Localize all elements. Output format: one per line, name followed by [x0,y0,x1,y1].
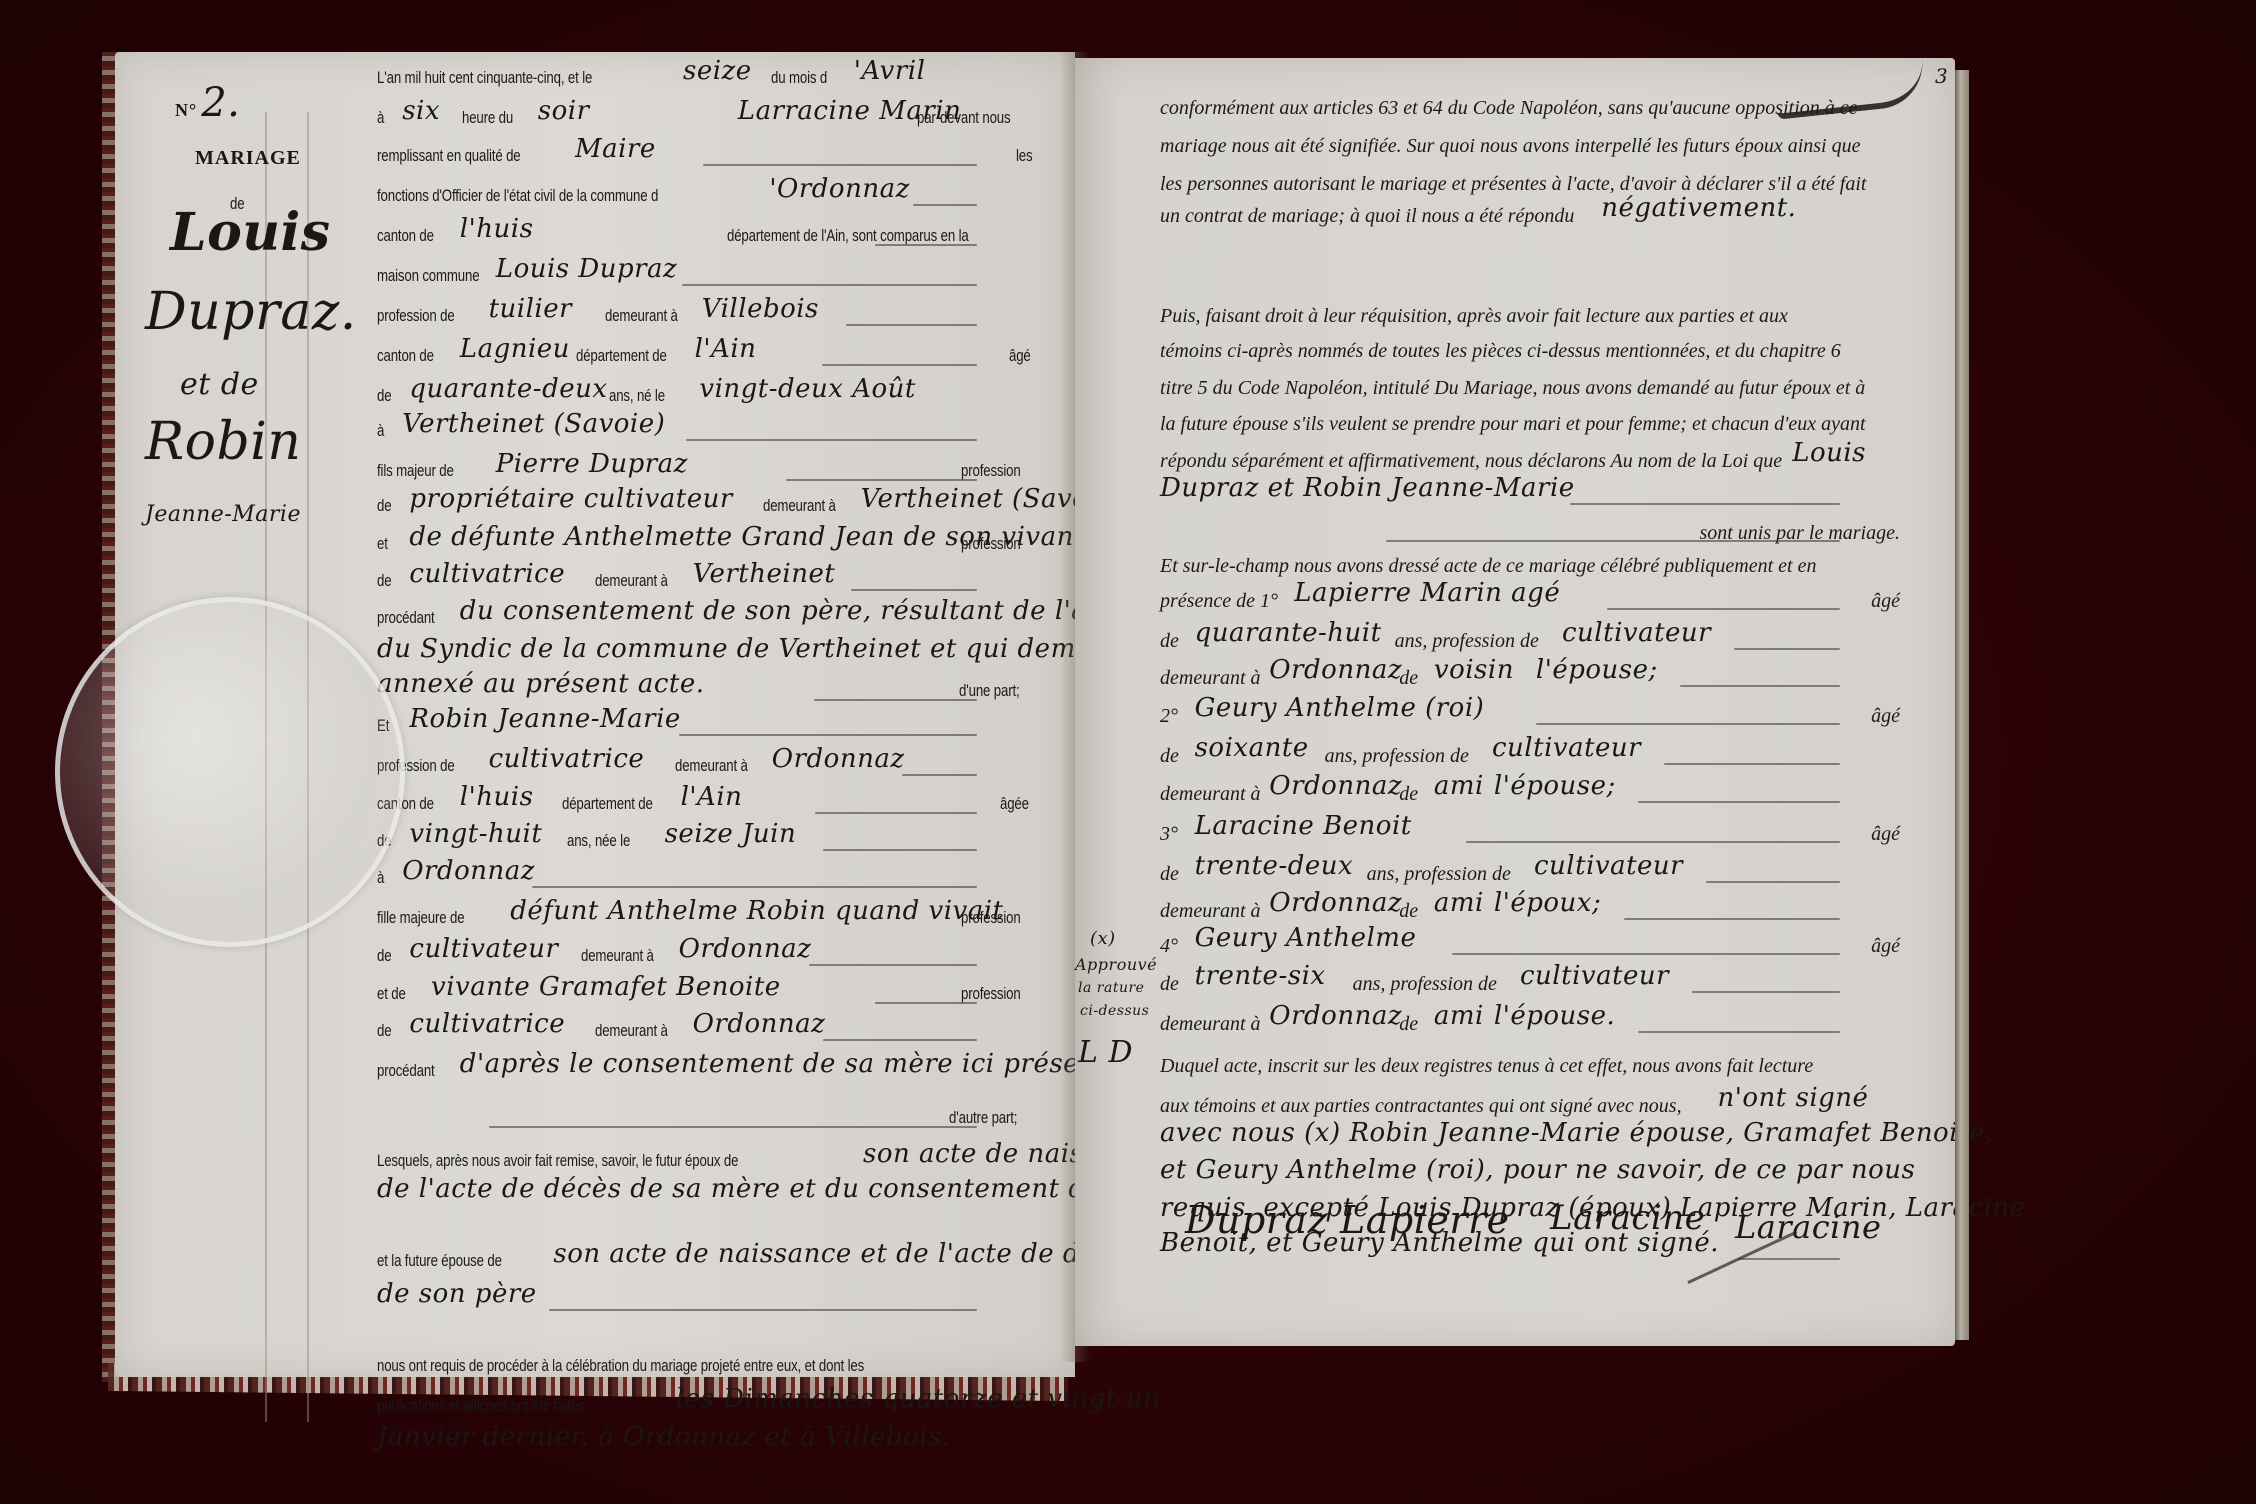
handwritten-entry: Ordonnaz [1269,655,1402,685]
register-line: publications et affiches ont été faitesl… [377,1384,1037,1424]
register-line: canton del'huisdépartement del'Ainâgée [377,782,1037,822]
handwritten-entry: Laracine Benoit [1195,811,1412,841]
register-line: 2°Geury Anthelme (roi)âgé [1160,693,1900,733]
register-line: àOrdonnaz [377,856,1037,896]
handwritten-entry: cultivatrice [489,744,645,774]
ruled-line [913,204,977,206]
handwritten-entry: Ordonnaz [1269,1001,1402,1031]
handwritten-entry: Ordonnaz [693,1009,826,1039]
register-line: de l'acte de décès de sa mère et du cons… [377,1174,1037,1214]
register-line: EtRobin Jeanne-Marie [377,704,1037,744]
handwritten-entry: tuilier [489,294,572,324]
ruled-line [1706,881,1840,883]
ruled-line [815,812,977,814]
register-line: un contrat de mariage; à quoi il nous a … [1160,193,1900,233]
register-line: dequarante-deuxans, né levingt-deux Août [377,374,1037,414]
printed-text: fils majeur de [377,461,454,481]
register-line: et la future épouse deson acte de naissa… [377,1239,1037,1279]
register-line: d'autre part; [377,1096,1037,1136]
printed-text: département de [576,346,667,366]
handwritten-entry: Ordonnaz [679,934,812,964]
ruled-line [823,1039,977,1041]
printed-text: département de l'Ain, sont comparus en l… [727,226,969,246]
signature-laracine-1: Laracine [1550,1198,1705,1238]
handwritten-entry: vingt-huit [409,819,542,849]
handwritten-entry: Lagnieu [460,334,570,364]
register-line: depropriétaire cultivateurdemeurant àVer… [377,484,1037,524]
printed-text: et la future épouse de [377,1251,502,1271]
printed-text: demeurant à [1160,900,1261,923]
printed-text: âgé [1871,590,1900,613]
register-line: desoixanteans, profession decultivateur [1160,733,1900,773]
handwritten-entry: Ordonnaz [1269,771,1402,801]
printed-text: fille majeure de [377,908,464,928]
register-line: et devivante Gramafet Benoiteprofession [377,972,1037,1012]
right-page: 3 conformément aux articles 63 et 64 du … [1075,58,1955,1346]
register-line: 3°Laracine Benoitâgé [1160,811,1900,851]
handwritten-entry: voisin [1434,655,1514,685]
printed-text: 4° [1160,935,1178,958]
handwritten-entry: l'épouse. [1494,1001,1615,1031]
printed-text: procédant [377,608,435,628]
register-line: Dupraz et Robin Jeanne-Marie [1160,473,1900,513]
printed-text: L'an mil huit cent cinquante-cinq, et le [377,68,592,88]
printed-text: les [1016,146,1032,166]
ruled-line [814,699,977,701]
printed-text: d'une part; [959,681,1020,701]
ruled-line [875,244,977,246]
handwritten-entry: ami [1434,888,1484,918]
printed-text: de [1399,783,1418,806]
printed-text: Lesquels, après nous avoir fait remise, … [377,1151,738,1171]
printed-text: de [1399,1013,1418,1036]
register-line: demeurant àOrdonnazdeamil'épouse. [1160,1001,1900,1041]
handwritten-entry: soir [538,96,590,126]
printed-text: Duquel acte, inscrit sur les deux regist… [1160,1055,1813,1078]
register-line: remplissant en qualité deMaireles [377,134,1037,174]
ruled-line [1536,723,1841,725]
printed-text: âgé [1871,935,1900,958]
printed-text: à [377,868,384,888]
signature-laracine-2: Laracine [1735,1208,1881,1246]
register-line: Puis, faisant droit à leur réquisition, … [1160,293,1900,333]
printed-text: de [377,1021,391,1041]
handwritten-entry: cultivateur [1520,961,1669,991]
ruled-line [809,964,977,966]
handwritten-entry: annexé au présent acte. [377,669,705,699]
handwritten-entry: quarante-huit [1195,618,1382,648]
handwritten-entry: 'Ordonnaz [769,174,909,204]
register-line: Lesquels, après nous avoir fait remise, … [377,1139,1037,1179]
register-line: fils majeur dePierre Duprazprofession [377,449,1037,489]
ruled-line [823,849,977,851]
handwritten-entry: Robin Jeanne-Marie [409,704,680,734]
ruled-line [786,479,977,481]
printed-text: 2° [1160,705,1178,728]
handwritten-entry: cultivatrice [409,559,565,589]
printed-text: publications et affiches ont été faites [377,1396,584,1416]
book-edge-right [1955,70,1969,1340]
signature-dupraz: Dupraz [1185,1198,1328,1242]
register-line: procédantd'après le consentement de sa m… [377,1049,1037,1089]
printed-text: demeurant à [595,1021,668,1041]
handwritten-entry: soixante [1195,733,1309,763]
register-line: etde défunte Anthelmette Grand Jean de s… [377,522,1037,562]
printed-text: et de [377,984,406,1004]
printed-text: de [1160,745,1179,768]
handwritten-entry: vivante Gramafet Benoite [431,972,781,1002]
register-line: canton deLagnieudépartement del'Ainâgé [377,334,1037,374]
handwritten-entry: Janvier dernier, à Ordonnaz et à Villebo… [377,1422,951,1452]
ruled-line [902,774,977,776]
printed-text: titre 5 du Code Napoléon, intitulé Du Ma… [1160,377,1865,400]
printed-text: de [1399,667,1418,690]
handwritten-entry: cultivatrice [409,1009,565,1039]
handwritten-entry: Louis [1792,438,1866,468]
ruled-line [489,1126,977,1128]
ruled-line [1692,991,1840,993]
handwritten-entry: l'Ain [681,782,743,812]
printed-text: demeurant à [1160,783,1261,806]
printed-text: département de [562,794,653,814]
handwritten-entry: de son père [377,1279,537,1309]
register-line: nous ont requis de procéder à la célébra… [377,1344,1037,1384]
handwritten-entry: Vertheinet [693,559,836,589]
printed-text: fonctions d'Officier de l'état civil de … [377,186,658,206]
register-line: profession detuilierdemeurant àVillebois [377,294,1037,334]
handwritten-entry: avec nous (x) Robin Jeanne-Marie épouse,… [1160,1118,1994,1148]
handwritten-entry: n'ont signé [1718,1083,1869,1113]
printed-text: de [377,386,391,406]
register-line: L'an mil huit cent cinquante-cinq, et le… [377,56,1037,96]
printed-text: nous ont requis de procéder à la célébra… [377,1356,864,1376]
handwritten-entry: les Dimanches quatorze et vingt-un [676,1384,1161,1414]
handwritten-entry: son acte de naissance et de l'acte de dé… [553,1239,1140,1269]
printed-text: profession [961,461,1021,481]
printed-text: profession [961,908,1021,928]
printed-text: et [377,534,388,554]
printed-text: âgée [1000,794,1029,814]
register-line: présence de 1°Lapierre Marin agéâgé [1160,578,1900,618]
ruled-line [851,589,977,591]
printed-text: procédant [377,1061,435,1081]
ruled-line [1466,841,1841,843]
printed-text: âgé [1009,346,1031,366]
handwritten-entry: défunt Anthelme Robin quand vivait [510,896,1003,926]
handwritten-entry: l'Ain [695,334,757,364]
handwritten-entry: cultivateur [1492,733,1641,763]
handwritten-entry: Maire [575,134,656,164]
printed-text: de [377,571,391,591]
ruled-line [1680,685,1840,687]
printed-text: demeurant à [1160,667,1261,690]
printed-text: de [1160,973,1179,996]
ruled-line [532,886,977,888]
register-line: decultivatricedemeurant àVertheinet [377,559,1037,599]
printed-text: heure du [462,108,513,128]
printed-text: Et sur-le-champ nous avons dressé acte d… [1160,555,1816,578]
handwritten-entry: cultivateur [1562,618,1711,648]
register-line: demeurant àOrdonnazdeamil'époux; [1160,888,1900,928]
printed-text: demeurant à [1160,1013,1261,1036]
printed-text: ans, profession de [1353,973,1497,996]
register-line: titre 5 du Code Napoléon, intitulé Du Ma… [1160,365,1900,405]
handwritten-entry: propriétaire cultivateur [409,484,732,514]
printed-text: ans, profession de [1367,863,1511,886]
register-line: procédantdu consentement de son père, ré… [377,596,1037,636]
handwritten-entry: Pierre Dupraz [496,449,688,479]
handwritten-entry: six [402,96,440,126]
register-line: dequarante-huitans, profession decultiva… [1160,618,1900,658]
register-line: canton del'huisdépartement de l'Ain, son… [377,214,1037,254]
magnifier-glass [55,597,405,947]
printed-text: ans, profession de [1325,745,1469,768]
register-line: du Syndic de la commune de Vertheinet et… [377,634,1037,674]
ruled-line [686,439,977,441]
printed-text: aux témoins et aux parties contractantes… [1160,1095,1682,1118]
printed-text: à [377,421,384,441]
printed-text: demeurant à [581,946,654,966]
register-line: répondu séparément et affirmativement, n… [1160,438,1900,478]
printed-text: ans, née le [567,831,630,851]
handwritten-entry: du consentement de son père, résultant d… [460,596,1129,626]
printed-text: témoins ci-après nommés de toutes les pi… [1160,340,1841,363]
register-line: demeurant àOrdonnazdevoisinl'épouse; [1160,655,1900,695]
ruled-line [875,1002,977,1004]
handwritten-entry: trente-deux [1195,851,1354,881]
register-line: decultivateurdemeurant àOrdonnaz [377,934,1037,974]
printed-text: profession de [377,306,455,326]
register-line: profession decultivatricedemeurant àOrdo… [377,744,1037,784]
printed-text: un contrat de mariage; à quoi il nous a … [1160,205,1574,228]
printed-text: profession [961,534,1021,554]
printed-text: demeurant à [595,571,668,591]
handwritten-entry: ami [1434,1001,1484,1031]
record-heading: MARIAGE [195,147,301,170]
handwritten-entry: l'épouse; [1536,655,1658,685]
printed-text: de [377,946,391,966]
handwritten-entry: d'après le consentement de sa mère ici p… [460,1049,1123,1079]
ruled-line [1452,953,1841,955]
register-line: de son père [377,1279,1037,1319]
register-line: et Geury Anthelme (roi), pour ne savoir,… [1160,1155,1900,1195]
handwritten-entry: Geury Anthelme (roi) [1195,693,1485,723]
handwritten-entry: Lapierre Marin agé [1294,578,1560,608]
handwritten-entry: l'huis [460,782,534,812]
ruled-line [703,164,977,166]
printed-text: conformément aux articles 63 et 64 du Co… [1160,97,1858,120]
handwritten-entry: négativement. [1601,193,1796,223]
register-line: témoins ci-après nommés de toutes les pi… [1160,328,1900,368]
handwritten-entry: seize [683,56,752,86]
ruled-line [1607,608,1840,610]
printed-text: à [377,108,384,128]
ruled-line [549,1309,977,1311]
act-number: N° 2. [175,80,240,126]
register-line: demeurant àOrdonnazdeamil'épouse; [1160,771,1900,811]
register-line: devingt-huitans, née leseize Juin [377,819,1037,859]
ruled-line [1638,1031,1840,1033]
handwritten-entry: Geury Anthelme [1195,923,1417,953]
handwritten-entry: et Geury Anthelme (roi), pour ne savoir,… [1160,1155,1915,1185]
left-page: N° 2. MARIAGE de Louis Dupraz. et de Rob… [115,52,1075,1377]
handwritten-entry: Vertheinet (Savoie) [402,409,665,439]
printed-text: répondu séparément et affirmativement, n… [1160,450,1782,473]
printed-text: mariage nous ait été signifiée. Sur quoi… [1160,135,1860,158]
handwritten-entry: du Syndic de la commune de Vertheinet et… [377,634,1138,664]
printed-text: de [1160,630,1179,653]
printed-text: d'autre part; [949,1108,1017,1128]
register-line: maison communeLouis Dupraz [377,254,1037,294]
register-line: mariage nous ait été signifiée. Sur quoi… [1160,123,1900,163]
register-line: aux témoins et aux parties contractantes… [1160,1083,1900,1123]
printed-text: demeurant à [675,756,748,776]
printed-text: du mois d [771,68,827,88]
handwritten-entry: Ordonnaz [402,856,535,886]
ruled-line [1664,763,1840,765]
handwritten-entry: Ordonnaz [772,744,905,774]
printed-text: âgé [1871,705,1900,728]
register-line: conformément aux articles 63 et 64 du Co… [1160,85,1900,125]
register-line: avec nous (x) Robin Jeanne-Marie épouse,… [1160,1118,1900,1158]
page-number: 3 [1935,64,1948,88]
handwritten-entry: cultivateur [1534,851,1683,881]
register-line: fonctions d'Officier de l'état civil de … [377,174,1037,214]
ruled-line [1386,540,1841,542]
handwritten-entry: quarante-deux [409,374,607,404]
register-line: àVertheinet (Savoie) [377,409,1037,449]
register-line: Duquel acte, inscrit sur les deux regist… [1160,1043,1900,1083]
handwritten-entry: l'huis [460,214,534,244]
handwritten-entry: trente-six [1195,961,1326,991]
register-line: decultivatricedemeurant àOrdonnaz [377,1009,1037,1049]
handwritten-entry: Larracine Marin [738,96,962,126]
handwritten-entry: l'épouse; [1494,771,1616,801]
printed-text: de [1399,900,1418,923]
signature-lapierre: Lapierre [1340,1198,1510,1242]
printed-text: canton de [377,226,434,246]
handwritten-entry: l'époux; [1494,888,1601,918]
handwritten-entry: seize Juin [665,819,797,849]
printed-text: la future épouse s'ils veulent se prendr… [1160,413,1866,436]
printed-text: demeurant à [605,306,678,326]
printed-text: maison commune [377,266,479,286]
ruled-line [846,324,977,326]
printed-text: profession [961,984,1021,1004]
register-line: àsixheure dusoirpar-devant nousLarracine… [377,96,1037,136]
register-line: detrente-sixans, profession decultivateu… [1160,961,1900,1001]
ruled-line [682,284,977,286]
handwritten-entry: vingt-deux Août [699,374,915,404]
printed-text: canton de [377,346,434,366]
printed-text: présence de 1° [1160,590,1278,613]
register-line: fille majeure dedéfunt Anthelme Robin qu… [377,896,1037,936]
handwritten-entry: 'Avril [854,56,926,86]
ruled-line [1638,801,1840,803]
register-line: Janvier dernier, à Ordonnaz et à Villebo… [377,1422,1037,1462]
handwritten-entry: Ordonnaz [1269,888,1402,918]
register-line: Et sur-le-champ nous avons dressé acte d… [1160,543,1900,583]
ruled-line [1624,918,1840,920]
printed-text: âgé [1871,823,1900,846]
handwritten-entry: Louis Dupraz [496,254,677,284]
register-line: la future épouse s'ils veulent se prendr… [1160,401,1900,441]
printed-text: ans, profession de [1395,630,1539,653]
printed-text: de [1160,863,1179,886]
ruled-line [822,364,977,366]
ruled-line [1570,503,1840,505]
register-line: detrente-deuxans, profession decultivate… [1160,851,1900,891]
handwritten-entry: ami [1434,771,1484,801]
register-line: annexé au présent acte.d'une part; [377,669,1037,709]
printed-text: 3° [1160,823,1178,846]
ruled-line [1734,648,1840,650]
printed-text: remplissant en qualité de [377,146,521,166]
ruled-line [679,734,977,736]
printed-text: Puis, faisant droit à leur réquisition, … [1160,305,1788,328]
printed-text: ans, né le [609,386,665,406]
printed-text: demeurant à [763,496,836,516]
handwritten-entry: Dupraz et Robin Jeanne-Marie [1160,473,1575,503]
register-line: 4°Geury Anthelmeâgé [1160,923,1900,963]
printed-text: de [377,496,391,516]
handwritten-entry: Villebois [702,294,819,324]
handwritten-entry: cultivateur [409,934,558,964]
